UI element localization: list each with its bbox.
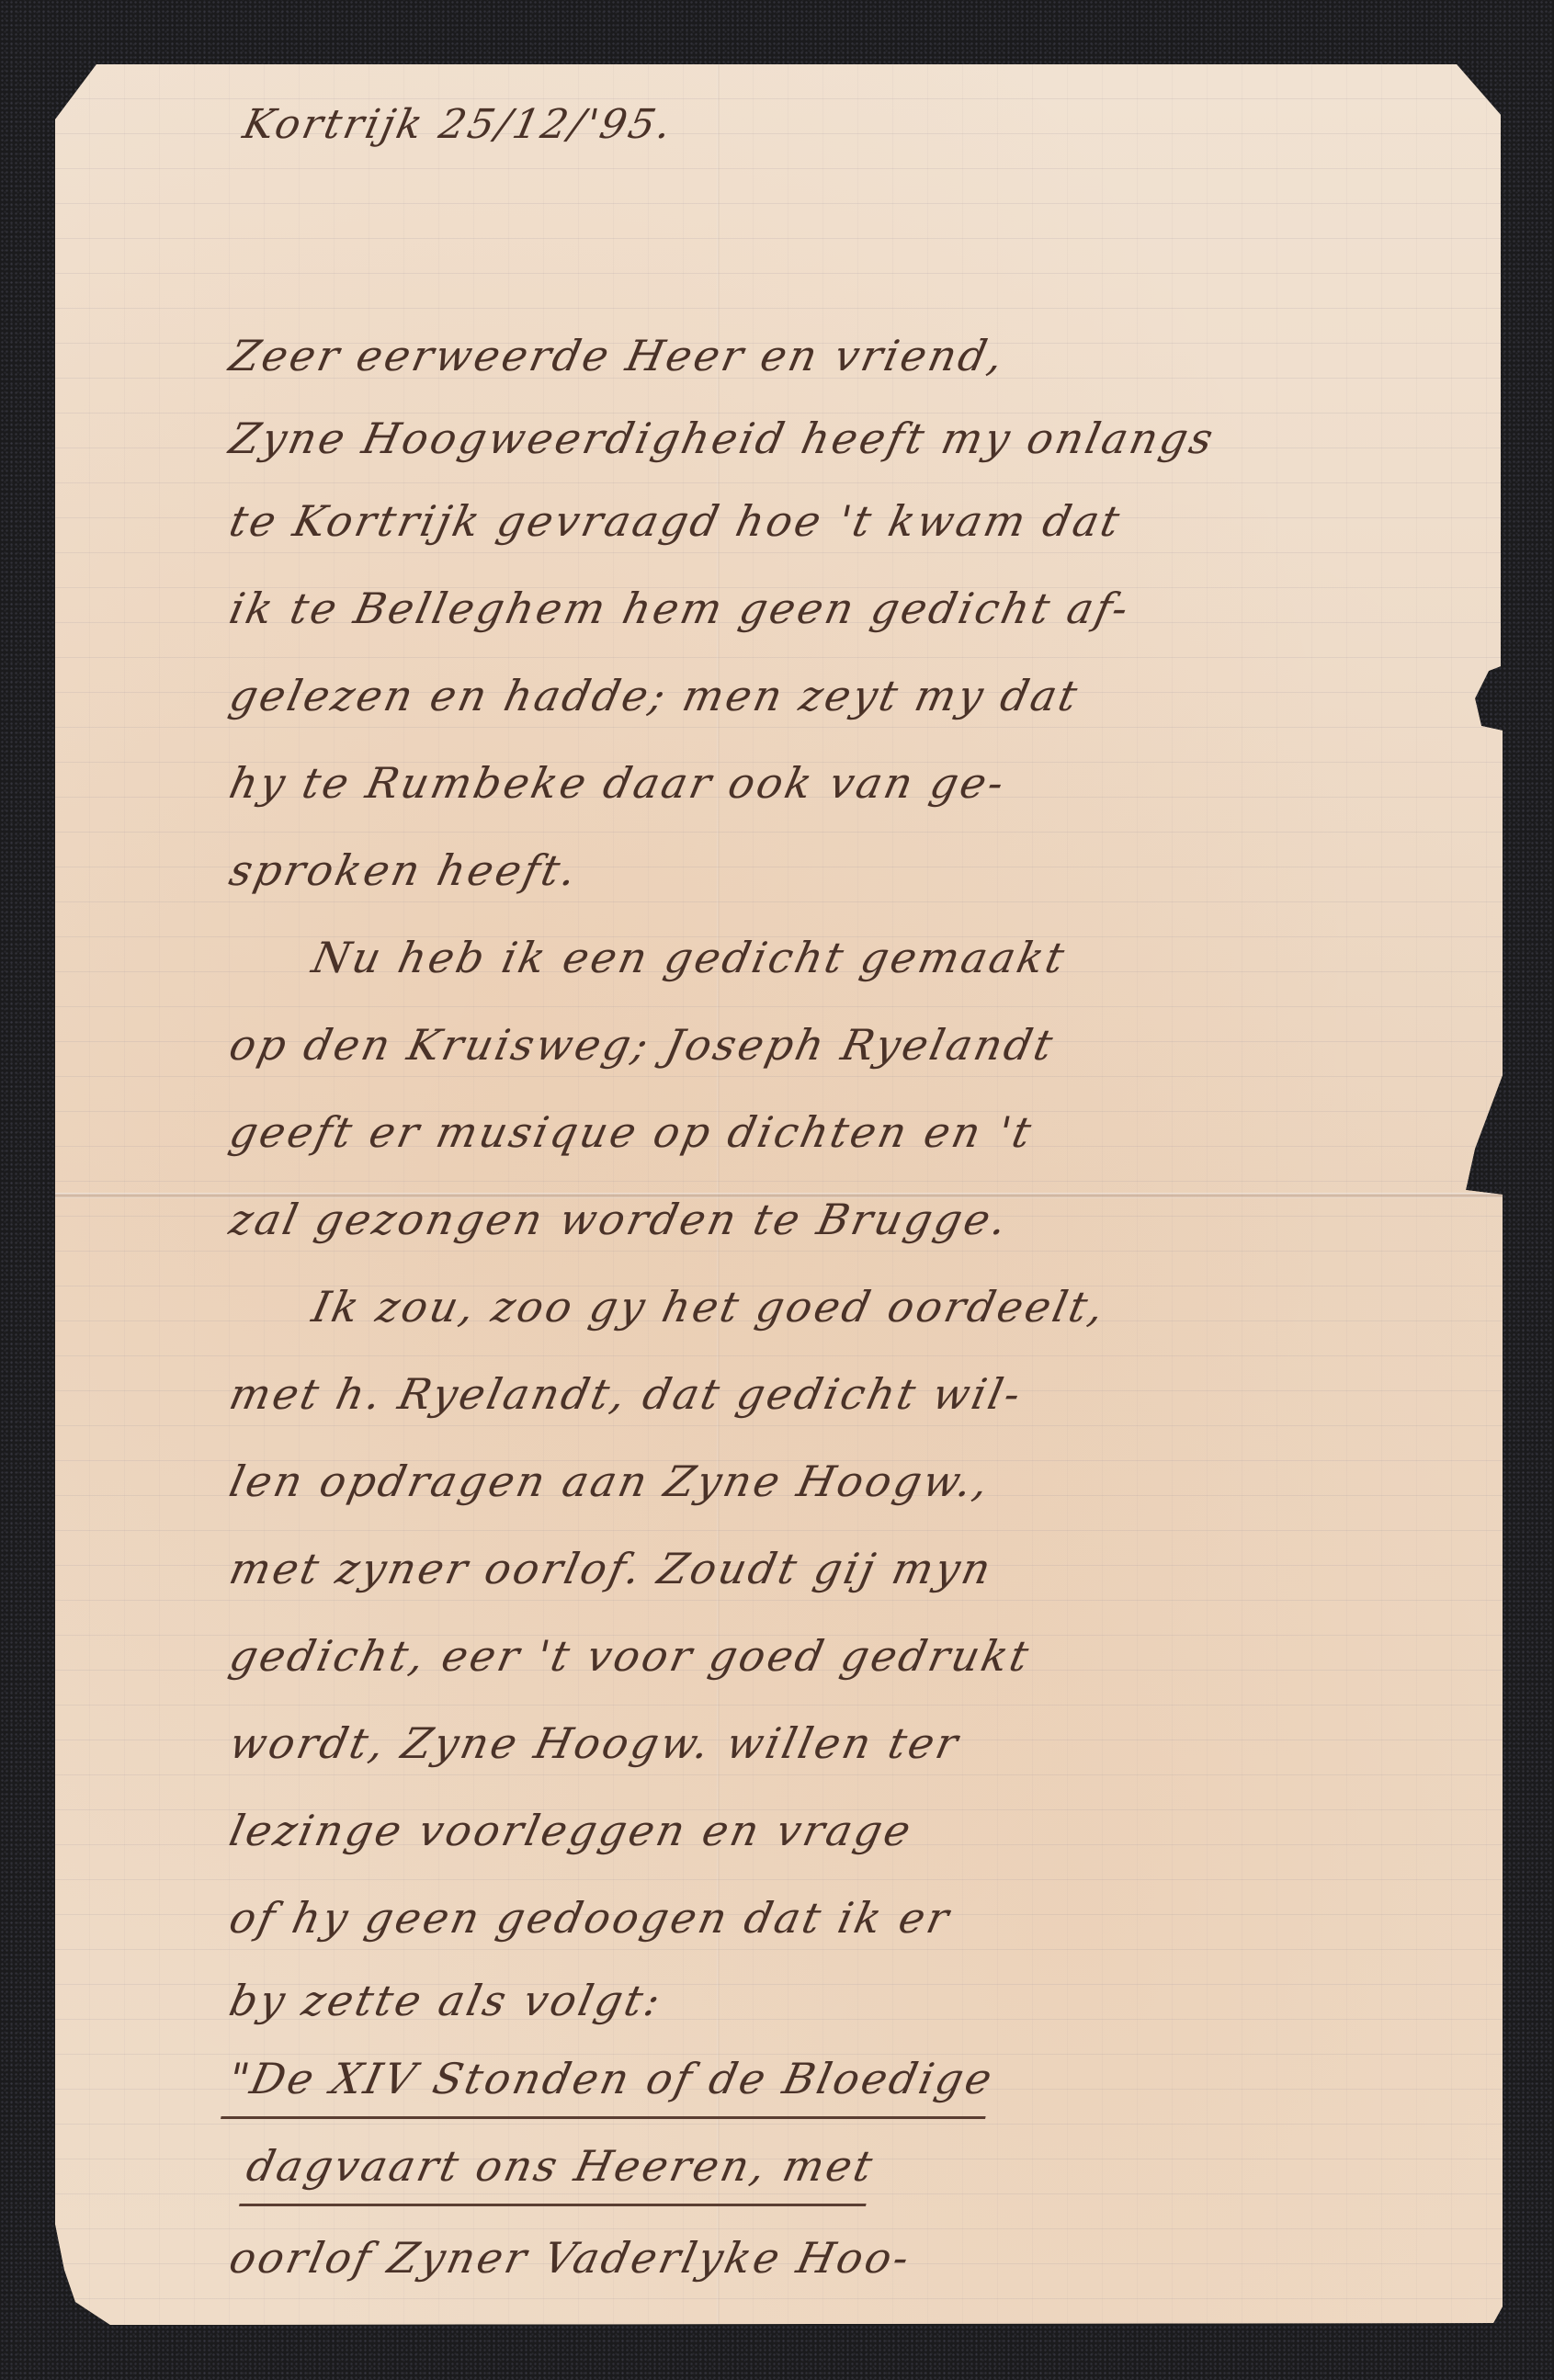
letter-line: zal gezongen worden te Brugge.	[225, 1195, 1014, 1244]
letter-line: geeft er musique op dichten en 't	[225, 1107, 1038, 1157]
letter-line: gelezen en hadde; men zeyt my dat	[225, 671, 1084, 720]
letter-line: ik te Belleghem hem geen gedicht af-	[225, 584, 1135, 633]
letter-line: sproken heeft.	[225, 845, 584, 895]
letter-line: met h. Ryelandt, dat gedicht wil-	[225, 1369, 1027, 1419]
poem-title-line-2: dagvaart ons Heeren, met	[239, 2141, 879, 2206]
letter-place-date: Kortrijk 25/12/'95.	[239, 101, 678, 148]
letter-line: met zyner oorlof. Zoudt gij myn	[225, 1544, 998, 1593]
letter-paragraph-start: Nu heb ik een gedicht gemaakt	[308, 933, 1072, 982]
letter-line: oorlof Zyner Vaderlyke Hoo-	[225, 2233, 916, 2283]
letter-line: op den Kruisweg; Joseph Ryelandt	[225, 1020, 1060, 1070]
letter-line: hy te Rumbeke daar ook van ge-	[225, 758, 1011, 808]
letter-paper: Kortrijk 25/12/'95. Zeer eerweerde Heer …	[55, 64, 1503, 2327]
letter-line: gedicht, eer 't voor goed gedrukt	[225, 1631, 1036, 1681]
letter-paragraph-start: Ik zou, zoo gy het goed oordeelt,	[308, 1282, 1111, 1332]
letter-line: Zyne Hoogweerdigheid heeft my onlangs	[225, 414, 1219, 463]
letter-line: by zette als volgt:	[225, 1976, 667, 2025]
letter-salutation: Zeer eerweerde Heer en vriend,	[225, 331, 1010, 380]
letter-line: wordt, Zyne Hoogw. willen ter	[225, 1718, 965, 1768]
scanned-document: Kortrijk 25/12/'95. Zeer eerweerde Heer …	[0, 0, 1554, 2380]
letter-line: te Kortrijk gevraagd hoe 't kwam dat	[225, 496, 1127, 546]
letter-line: of hy geen gedoogen dat ik er	[225, 1893, 956, 1943]
letter-line: lezinge voorleggen en vrage	[225, 1806, 917, 1855]
poem-title-line-1: "De XIV Stonden of de Bloedige	[221, 2054, 999, 2119]
letter-line: len opdragen aan Zyne Hoogw.,	[225, 1456, 995, 1506]
